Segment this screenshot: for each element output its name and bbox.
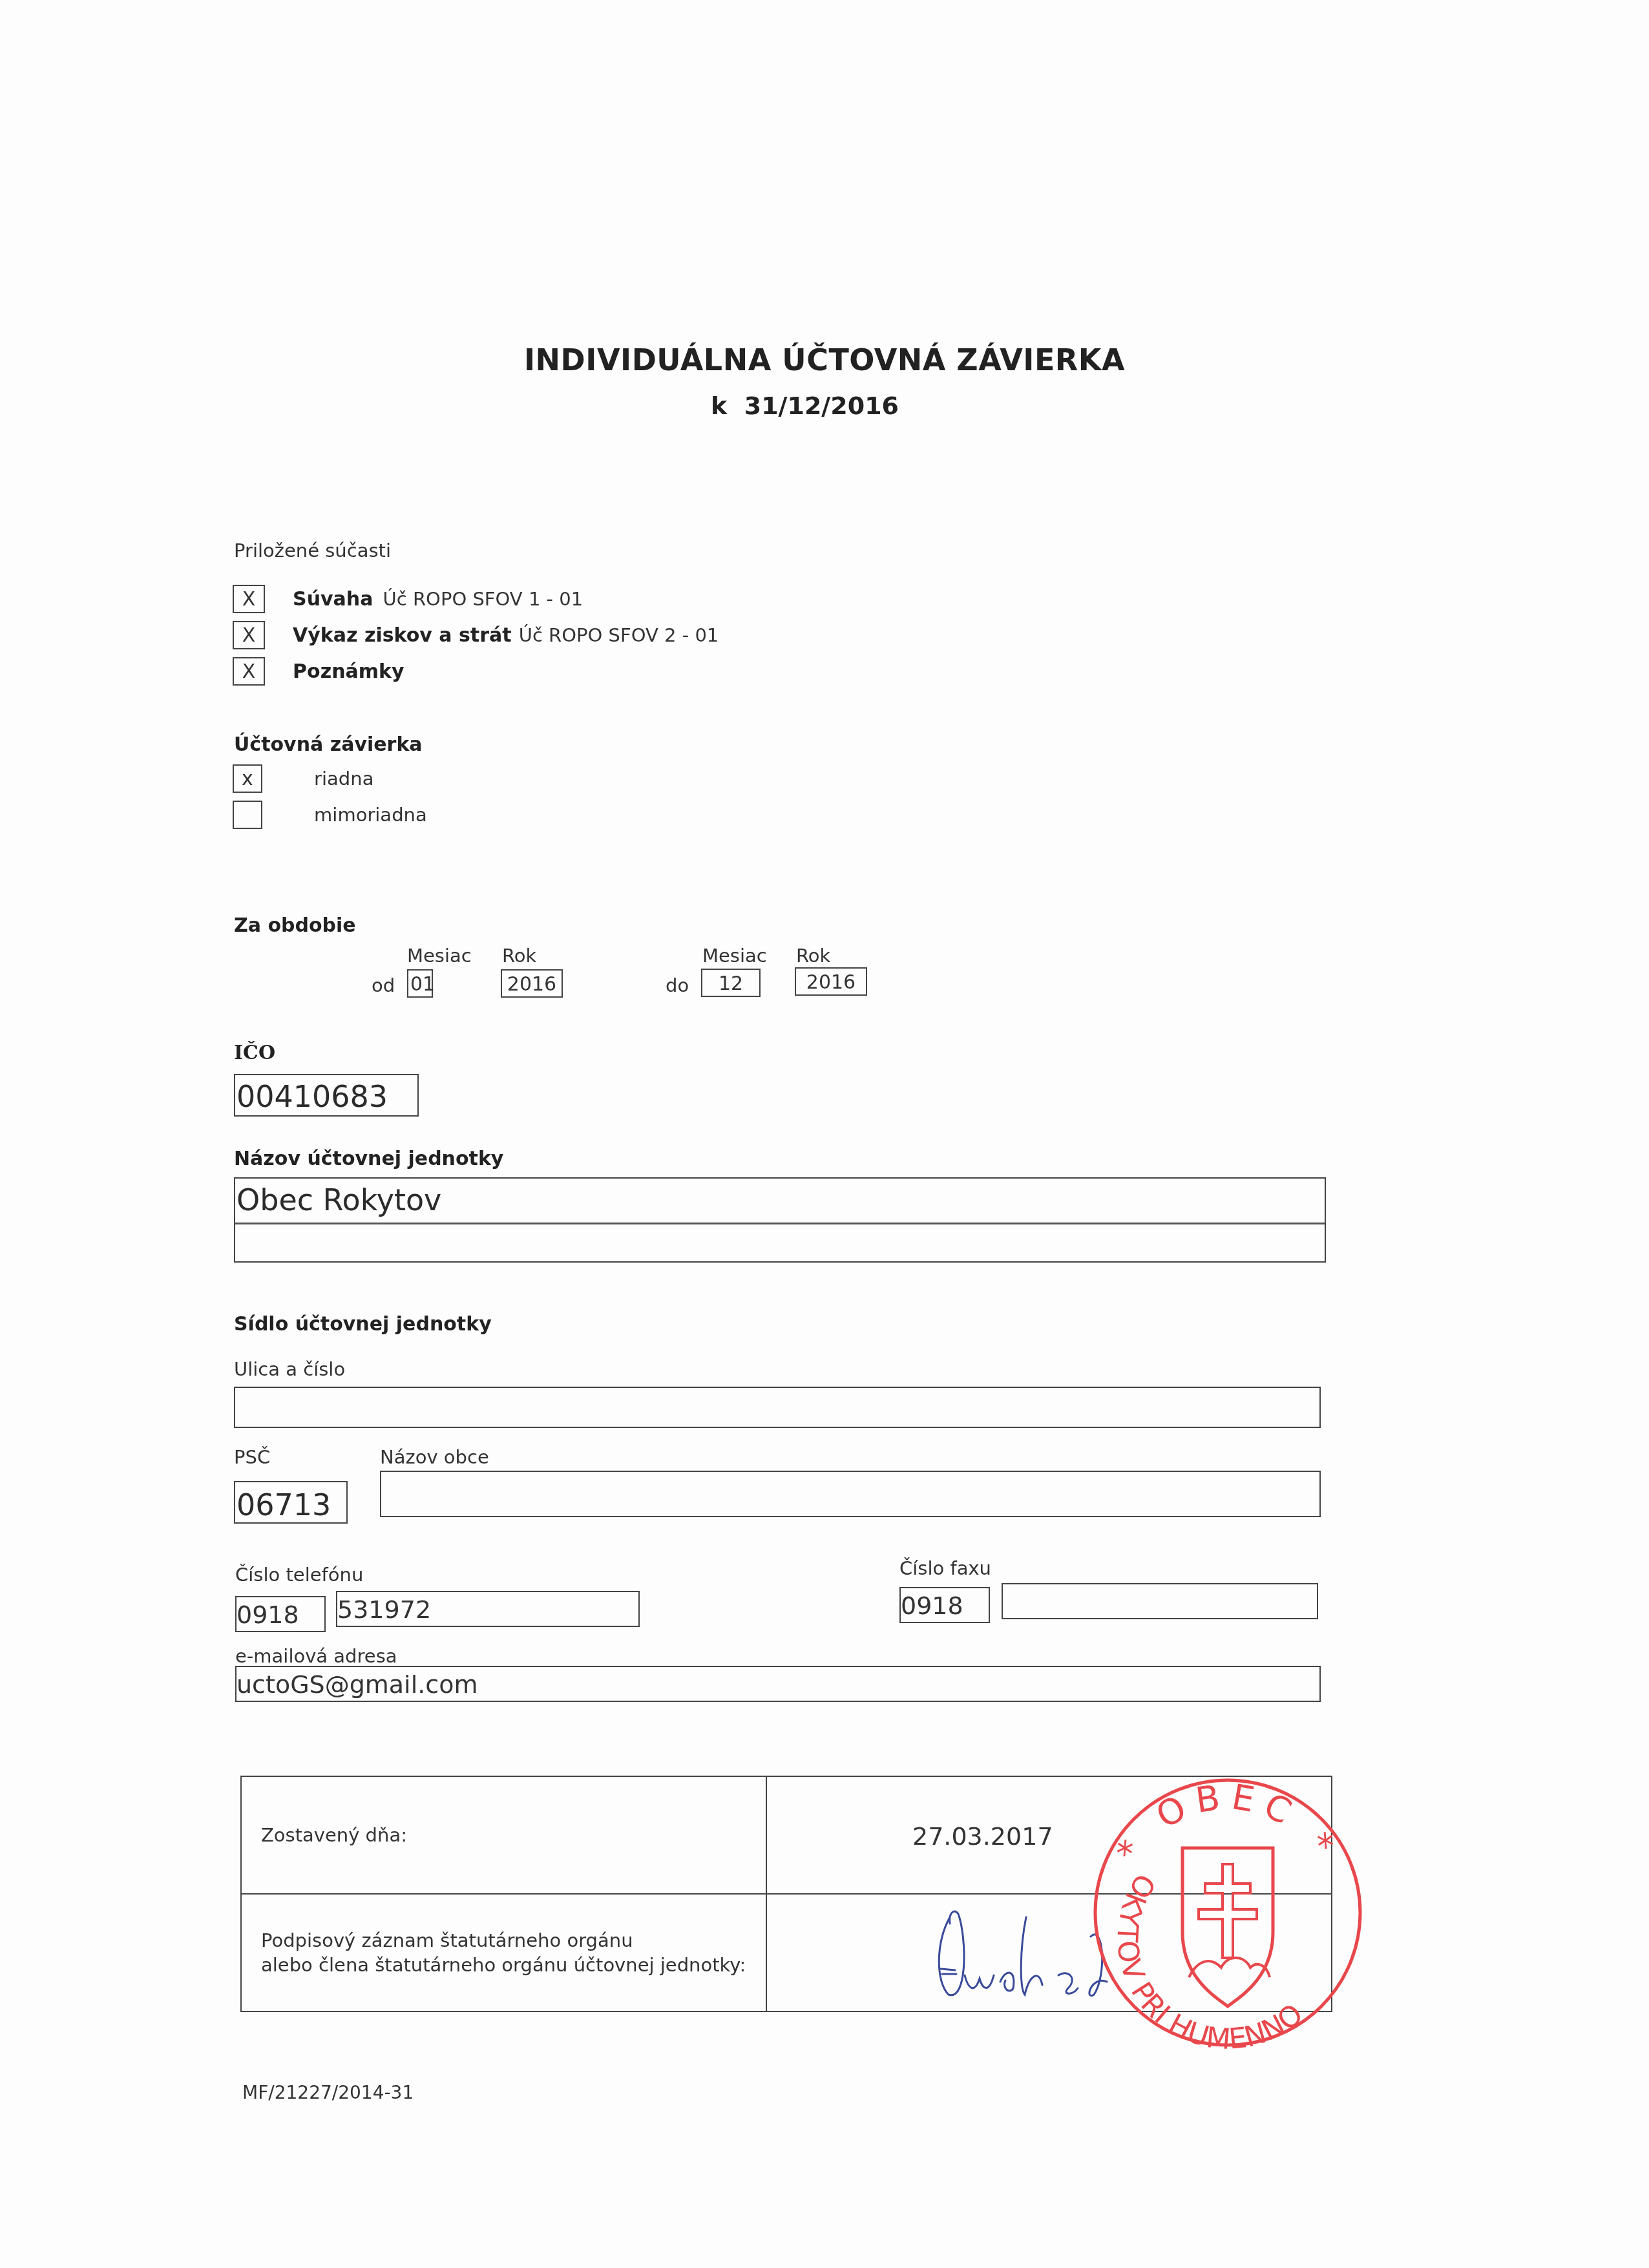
city-field[interactable] xyxy=(380,1471,1321,1517)
entity-name-label: Názov účtovnej jednotky xyxy=(234,1148,503,1170)
compiled-date-label: Zostavený dňa: xyxy=(261,1824,407,1846)
statement-type-riadna: x riadna xyxy=(233,764,373,793)
stamp-top-text: * OBEC * xyxy=(1108,1776,1347,1870)
check-mark: X xyxy=(242,660,256,683)
fax-label: Číslo faxu xyxy=(899,1557,991,1579)
signature-label-line1: Podpisový záznam štatutárneho orgánu xyxy=(261,1929,765,1951)
psc-value: 06713 xyxy=(235,1482,346,1522)
fax-prefix-value: 0918 xyxy=(901,1588,989,1618)
document-title: INDIVIDUÁLNA ÚČTOVNÁ ZÁVIERKA xyxy=(0,342,1649,377)
email-value: uctoGS@gmail.com xyxy=(236,1667,1319,1697)
email-field[interactable]: uctoGS@gmail.com xyxy=(235,1666,1321,1702)
phone-label: Číslo telefónu xyxy=(235,1564,363,1586)
attachment-title: Výkaz ziskov a strát xyxy=(293,624,512,647)
attachment-form: Úč ROPO SFOV 2 - 01 xyxy=(519,624,719,646)
attachment-checkbox[interactable]: X xyxy=(233,657,265,686)
statement-type-mimoriadna: mimoriadna xyxy=(233,801,427,829)
attachment-item-suvaha: X Súvaha Úč ROPO SFOV 1 - 01 xyxy=(233,585,583,613)
to-label: do xyxy=(666,974,689,996)
from-year-field[interactable]: 2016 xyxy=(501,969,563,998)
entity-name-line1: Obec Rokytov xyxy=(235,1179,1325,1224)
entity-name-line2 xyxy=(235,1224,1325,1263)
ico-label: IČO xyxy=(234,1042,275,1064)
attachment-item-poznamky: X Poznámky xyxy=(233,657,404,686)
signature-label-cell: Podpisový záznam štatutárneho orgánu ale… xyxy=(241,1894,766,2011)
check-mark: X xyxy=(242,588,256,611)
to-year-field[interactable]: 2016 xyxy=(795,967,867,996)
phone-prefix-value: 0918 xyxy=(236,1597,324,1627)
signature-label-line2: alebo člena štatutárneho orgánu účtovnej… xyxy=(261,1954,765,1976)
email-label: e-mailová adresa xyxy=(235,1645,397,1667)
mimoriadna-label: mimoriadna xyxy=(314,804,427,826)
attachments-heading: Priložené súčasti xyxy=(234,540,391,562)
to-month-label: Mesiac xyxy=(702,945,767,967)
check-mark: X xyxy=(242,624,256,647)
attachment-form: Úč ROPO SFOV 1 - 01 xyxy=(383,588,583,610)
attachment-title: Súvaha xyxy=(293,588,373,611)
attachment-checkbox[interactable]: X xyxy=(233,585,265,613)
fax-prefix-field[interactable]: 0918 xyxy=(899,1587,990,1623)
compiled-date-label-cell: Zostavený dňa: xyxy=(241,1776,766,1894)
ico-field[interactable]: 00410683 xyxy=(234,1074,419,1117)
phone-number-value: 531972 xyxy=(337,1592,638,1622)
address-heading: Sídlo účtovnej jednotky xyxy=(234,1313,492,1336)
attachment-checkbox[interactable]: X xyxy=(233,621,265,649)
street-label: Ulica a číslo xyxy=(234,1358,345,1380)
entity-name-field[interactable]: Obec Rokytov xyxy=(234,1177,1326,1263)
statement-type-heading: Účtovná závierka xyxy=(234,733,423,756)
fax-number-field[interactable] xyxy=(1002,1583,1318,1619)
mimoriadna-checkbox[interactable] xyxy=(233,801,262,829)
check-mark: x xyxy=(242,768,253,790)
street-field[interactable] xyxy=(234,1387,1321,1428)
form-code: MF/21227/2014-31 xyxy=(242,2082,414,2103)
city-label: Názov obce xyxy=(380,1446,489,1468)
to-year-value: 2016 xyxy=(796,969,866,992)
attachment-item-vykaz: X Výkaz ziskov a strát Úč ROPO SFOV 2 - … xyxy=(233,621,719,649)
attachment-title: Poznámky xyxy=(293,660,404,683)
from-month-field[interactable]: 01 xyxy=(407,969,433,998)
from-month-label: Mesiac xyxy=(407,945,472,967)
riadna-label: riadna xyxy=(314,768,373,790)
psc-label: PSČ xyxy=(234,1446,270,1468)
document-date: k 31/12/2016 xyxy=(711,392,899,420)
to-month-value: 12 xyxy=(702,970,759,994)
phone-prefix-field[interactable]: 0918 xyxy=(235,1596,326,1632)
period-heading: Za obdobie xyxy=(234,914,356,937)
from-label: od xyxy=(372,974,395,996)
official-stamp-icon: * OBEC * ROKYTOV PRI HUMENNOM xyxy=(1086,1770,1370,2055)
from-year-value: 2016 xyxy=(502,971,562,994)
ico-value: 00410683 xyxy=(235,1075,417,1114)
from-year-label: Rok xyxy=(502,945,536,967)
fax-number-value xyxy=(1003,1584,1317,1590)
to-month-field[interactable]: 12 xyxy=(701,969,761,997)
to-year-label: Rok xyxy=(796,945,830,967)
phone-number-field[interactable]: 531972 xyxy=(336,1591,640,1627)
psc-field[interactable]: 06713 xyxy=(234,1481,348,1524)
from-month-value: 01 xyxy=(408,971,432,994)
compiled-date-value: 27.03.2017 xyxy=(912,1822,1053,1851)
riadna-checkbox[interactable]: x xyxy=(233,764,262,793)
